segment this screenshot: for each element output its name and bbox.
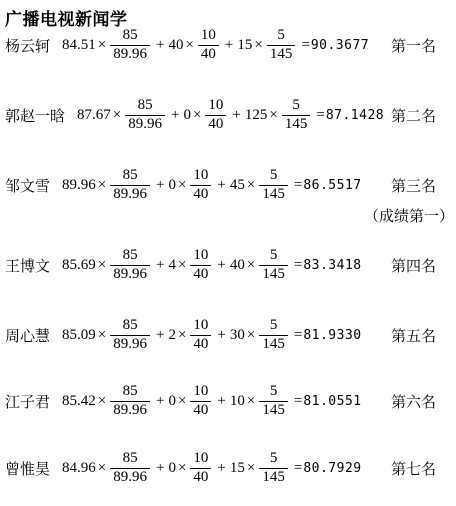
- score-formula: 89.96 × 85 89.96 + 0 × 10 40 + 45 × 5 14…: [62, 167, 362, 203]
- fraction-1-denominator: 89.96: [110, 265, 150, 283]
- fraction-1-numerator: 85: [120, 317, 141, 334]
- score-formula: 85.42 × 85 89.96 + 0 × 10 40 + 10 × 5 14…: [62, 383, 362, 419]
- fraction-1-numerator: 85: [135, 97, 156, 114]
- times-sign: ×: [178, 460, 186, 477]
- base-score: 84.51: [62, 37, 96, 54]
- rank-label: 第二名: [391, 108, 436, 125]
- base-score: 85.09: [62, 327, 96, 344]
- times-sign: ×: [247, 460, 255, 477]
- fraction-3-numerator: 5: [267, 247, 281, 264]
- equals-sign: =: [294, 393, 301, 410]
- fraction-1-denominator: 89.96: [110, 185, 150, 203]
- fraction-3: 5 145: [282, 97, 311, 133]
- fraction-2-numerator: 10: [190, 167, 211, 184]
- fraction-2-numerator: 10: [190, 247, 211, 264]
- rank-block: 第五名: [391, 325, 436, 346]
- coefficient-2: 0: [168, 177, 176, 194]
- rank-block: 第七名: [391, 458, 436, 479]
- fraction-1-numerator: 85: [120, 167, 141, 184]
- rank-block: 第六名: [391, 391, 436, 412]
- student-row: 邹文雪 89.96 × 85 89.96 + 0 × 10 40 + 45 × …: [0, 150, 456, 220]
- rank-note: （成绩第一）: [364, 205, 454, 226]
- times-sign: ×: [247, 327, 255, 344]
- plus-sign: +: [217, 460, 225, 477]
- fraction-2-denominator: 40: [190, 468, 211, 486]
- student-row: 郭赵一晗 87.67 × 85 89.96 + 0 × 10 40 + 125 …: [0, 80, 456, 150]
- student-name: 郭赵一晗: [5, 105, 65, 126]
- plus-sign: +: [156, 460, 164, 477]
- coefficient-3: 40: [230, 257, 245, 274]
- student-name: 王博文: [5, 255, 50, 276]
- base-score: 89.96: [62, 177, 96, 194]
- plus-sign: +: [217, 177, 225, 194]
- fraction-3-numerator: 5: [289, 97, 303, 114]
- fraction-2-denominator: 40: [190, 185, 211, 203]
- coefficient-3: 10: [230, 393, 245, 410]
- fraction-2: 10 40: [190, 167, 211, 203]
- fraction-2-denominator: 40: [198, 45, 219, 63]
- student-name: 周心慧: [5, 325, 50, 346]
- fraction-2: 10 40: [190, 450, 211, 486]
- score-formula: 84.96 × 85 89.96 + 0 × 10 40 + 15 × 5 14…: [62, 450, 362, 486]
- coefficient-3: 15: [230, 460, 245, 477]
- times-sign: ×: [254, 37, 262, 54]
- times-sign: ×: [98, 393, 106, 410]
- score-formula: 85.69 × 85 89.96 + 4 × 10 40 + 40 × 5 14…: [62, 247, 362, 283]
- plus-sign: +: [156, 177, 164, 194]
- times-sign: ×: [98, 327, 106, 344]
- rank-block: 第二名: [391, 105, 436, 126]
- student-row: 江子君 85.42 × 85 89.96 + 0 × 10 40 + 10 × …: [0, 370, 456, 432]
- score-formula: 84.51 × 85 89.96 + 40 × 10 40 + 15 × 5 1…: [62, 27, 369, 63]
- fraction-3: 5 145: [259, 383, 288, 419]
- fraction-2: 10 40: [205, 97, 226, 133]
- rank-label: 第一名: [391, 38, 436, 55]
- coefficient-2: 0: [183, 107, 191, 124]
- student-row: 王博文 85.69 × 85 89.96 + 4 × 10 40 + 40 × …: [0, 230, 456, 300]
- plus-sign: +: [156, 327, 164, 344]
- rank-label: 第七名: [391, 461, 436, 478]
- rank-label: 第四名: [391, 258, 436, 275]
- times-sign: ×: [269, 107, 277, 124]
- base-score: 84.96: [62, 460, 96, 477]
- fraction-3-numerator: 5: [267, 383, 281, 400]
- fraction-1-denominator: 89.96: [110, 468, 150, 486]
- fraction-2-denominator: 40: [205, 115, 226, 133]
- coefficient-2: 2: [168, 327, 176, 344]
- weighted-score-result: 86.5517: [303, 178, 361, 193]
- times-sign: ×: [178, 257, 186, 274]
- fraction-1-denominator: 89.96: [110, 335, 150, 353]
- coefficient-2: 4: [168, 257, 176, 274]
- fraction-1: 85 89.96: [110, 247, 150, 283]
- student-name: 杨云轲: [5, 35, 50, 56]
- student-row: 周心慧 85.09 × 85 89.96 + 2 × 10 40 + 30 × …: [0, 300, 456, 370]
- score-formula: 85.09 × 85 89.96 + 2 × 10 40 + 30 × 5 14…: [62, 317, 362, 353]
- times-sign: ×: [113, 107, 121, 124]
- weighted-score-result: 83.3418: [303, 258, 361, 273]
- fraction-2-numerator: 10: [190, 450, 211, 467]
- student-name: 邹文雪: [5, 175, 50, 196]
- times-sign: ×: [247, 257, 255, 274]
- fraction-3-denominator: 145: [282, 115, 311, 133]
- equals-sign: =: [294, 460, 301, 477]
- fraction-1: 85 89.96: [110, 317, 150, 353]
- fraction-3-denominator: 145: [259, 401, 288, 419]
- times-sign: ×: [98, 177, 106, 194]
- fraction-2-denominator: 40: [190, 335, 211, 353]
- fraction-3: 5 145: [267, 27, 296, 63]
- fraction-2: 10 40: [190, 247, 211, 283]
- plus-sign: +: [156, 37, 164, 54]
- fraction-3: 5 145: [259, 167, 288, 203]
- fraction-3-numerator: 5: [267, 167, 281, 184]
- plus-sign: +: [171, 107, 179, 124]
- fraction-3: 5 145: [259, 317, 288, 353]
- base-score: 85.69: [62, 257, 96, 274]
- plus-sign: +: [156, 257, 164, 274]
- coefficient-3: 45: [230, 177, 245, 194]
- rank-label: 第六名: [391, 394, 436, 411]
- times-sign: ×: [247, 393, 255, 410]
- weighted-score-result: 81.9330: [303, 328, 361, 343]
- equals-sign: =: [316, 107, 323, 124]
- times-sign: ×: [193, 107, 201, 124]
- fraction-2: 10 40: [190, 317, 211, 353]
- plus-sign: +: [225, 37, 233, 54]
- fraction-1-denominator: 89.96: [125, 115, 165, 133]
- times-sign: ×: [185, 37, 193, 54]
- base-score: 87.67: [77, 107, 111, 124]
- fraction-1-denominator: 89.96: [110, 45, 150, 63]
- student-row: 曾惟昊 84.96 × 85 89.96 + 0 × 10 40 + 15 × …: [0, 432, 456, 504]
- times-sign: ×: [98, 37, 106, 54]
- rank-label: 第三名: [391, 178, 436, 195]
- coefficient-3: 15: [237, 37, 252, 54]
- student-name: 曾惟昊: [5, 458, 50, 479]
- times-sign: ×: [178, 177, 186, 194]
- document-page: { "title": "广播电视新闻学", "symbols": { "time…: [0, 0, 456, 506]
- equals-sign: =: [294, 327, 301, 344]
- fraction-3-numerator: 5: [267, 450, 281, 467]
- fraction-3-denominator: 145: [259, 185, 288, 203]
- rank-label: 第五名: [391, 328, 436, 345]
- rank-block: 第四名: [391, 255, 436, 276]
- fraction-1-numerator: 85: [120, 27, 141, 44]
- weighted-score-result: 81.0551: [303, 394, 361, 409]
- fraction-2-denominator: 40: [190, 401, 211, 419]
- plus-sign: +: [217, 327, 225, 344]
- fraction-1: 85 89.96: [110, 383, 150, 419]
- times-sign: ×: [178, 327, 186, 344]
- equals-sign: =: [294, 257, 301, 274]
- score-formula: 87.67 × 85 89.96 + 0 × 10 40 + 125 × 5 1…: [77, 97, 384, 133]
- fraction-1-numerator: 85: [120, 383, 141, 400]
- rank-block: 第一名: [391, 35, 436, 56]
- score-list: 杨云轲 84.51 × 85 89.96 + 40 × 10 40 + 15 ×…: [0, 10, 456, 504]
- fraction-3: 5 145: [259, 247, 288, 283]
- fraction-2-numerator: 10: [190, 383, 211, 400]
- fraction-2-numerator: 10: [205, 97, 226, 114]
- fraction-2: 10 40: [198, 27, 219, 63]
- times-sign: ×: [247, 177, 255, 194]
- coefficient-2: 0: [168, 460, 176, 477]
- coefficient-2: 40: [168, 37, 183, 54]
- weighted-score-result: 87.1428: [326, 108, 384, 123]
- fraction-1-numerator: 85: [120, 247, 141, 264]
- base-score: 85.42: [62, 393, 96, 410]
- fraction-3-denominator: 145: [259, 265, 288, 283]
- fraction-3-denominator: 145: [259, 335, 288, 353]
- fraction-1: 85 89.96: [110, 450, 150, 486]
- student-name: 江子君: [5, 391, 50, 412]
- times-sign: ×: [178, 393, 186, 410]
- fraction-2-numerator: 10: [190, 317, 211, 334]
- plus-sign: +: [217, 257, 225, 274]
- fraction-1: 85 89.96: [125, 97, 165, 133]
- times-sign: ×: [98, 257, 106, 274]
- fraction-3: 5 145: [259, 450, 288, 486]
- fraction-1: 85 89.96: [110, 167, 150, 203]
- fraction-3-numerator: 5: [267, 317, 281, 334]
- rank-block: 第三名 （成绩第一）: [391, 175, 436, 196]
- fraction-2-numerator: 10: [198, 27, 219, 44]
- fraction-3-denominator: 145: [259, 468, 288, 486]
- fraction-2-denominator: 40: [190, 265, 211, 283]
- plus-sign: +: [232, 107, 240, 124]
- fraction-2: 10 40: [190, 383, 211, 419]
- plus-sign: +: [217, 393, 225, 410]
- equals-sign: =: [294, 177, 301, 194]
- times-sign: ×: [98, 460, 106, 477]
- weighted-score-result: 90.3677: [311, 38, 369, 53]
- weighted-score-result: 80.7929: [303, 461, 361, 476]
- fraction-3-denominator: 145: [267, 45, 296, 63]
- coefficient-3: 125: [245, 107, 268, 124]
- coefficient-2: 0: [168, 393, 176, 410]
- fraction-1-denominator: 89.96: [110, 401, 150, 419]
- fraction-1-numerator: 85: [120, 450, 141, 467]
- fraction-3-numerator: 5: [274, 27, 288, 44]
- fraction-1: 85 89.96: [110, 27, 150, 63]
- coefficient-3: 30: [230, 327, 245, 344]
- plus-sign: +: [156, 393, 164, 410]
- equals-sign: =: [301, 37, 308, 54]
- student-row: 杨云轲 84.51 × 85 89.96 + 40 × 10 40 + 15 ×…: [0, 10, 456, 80]
